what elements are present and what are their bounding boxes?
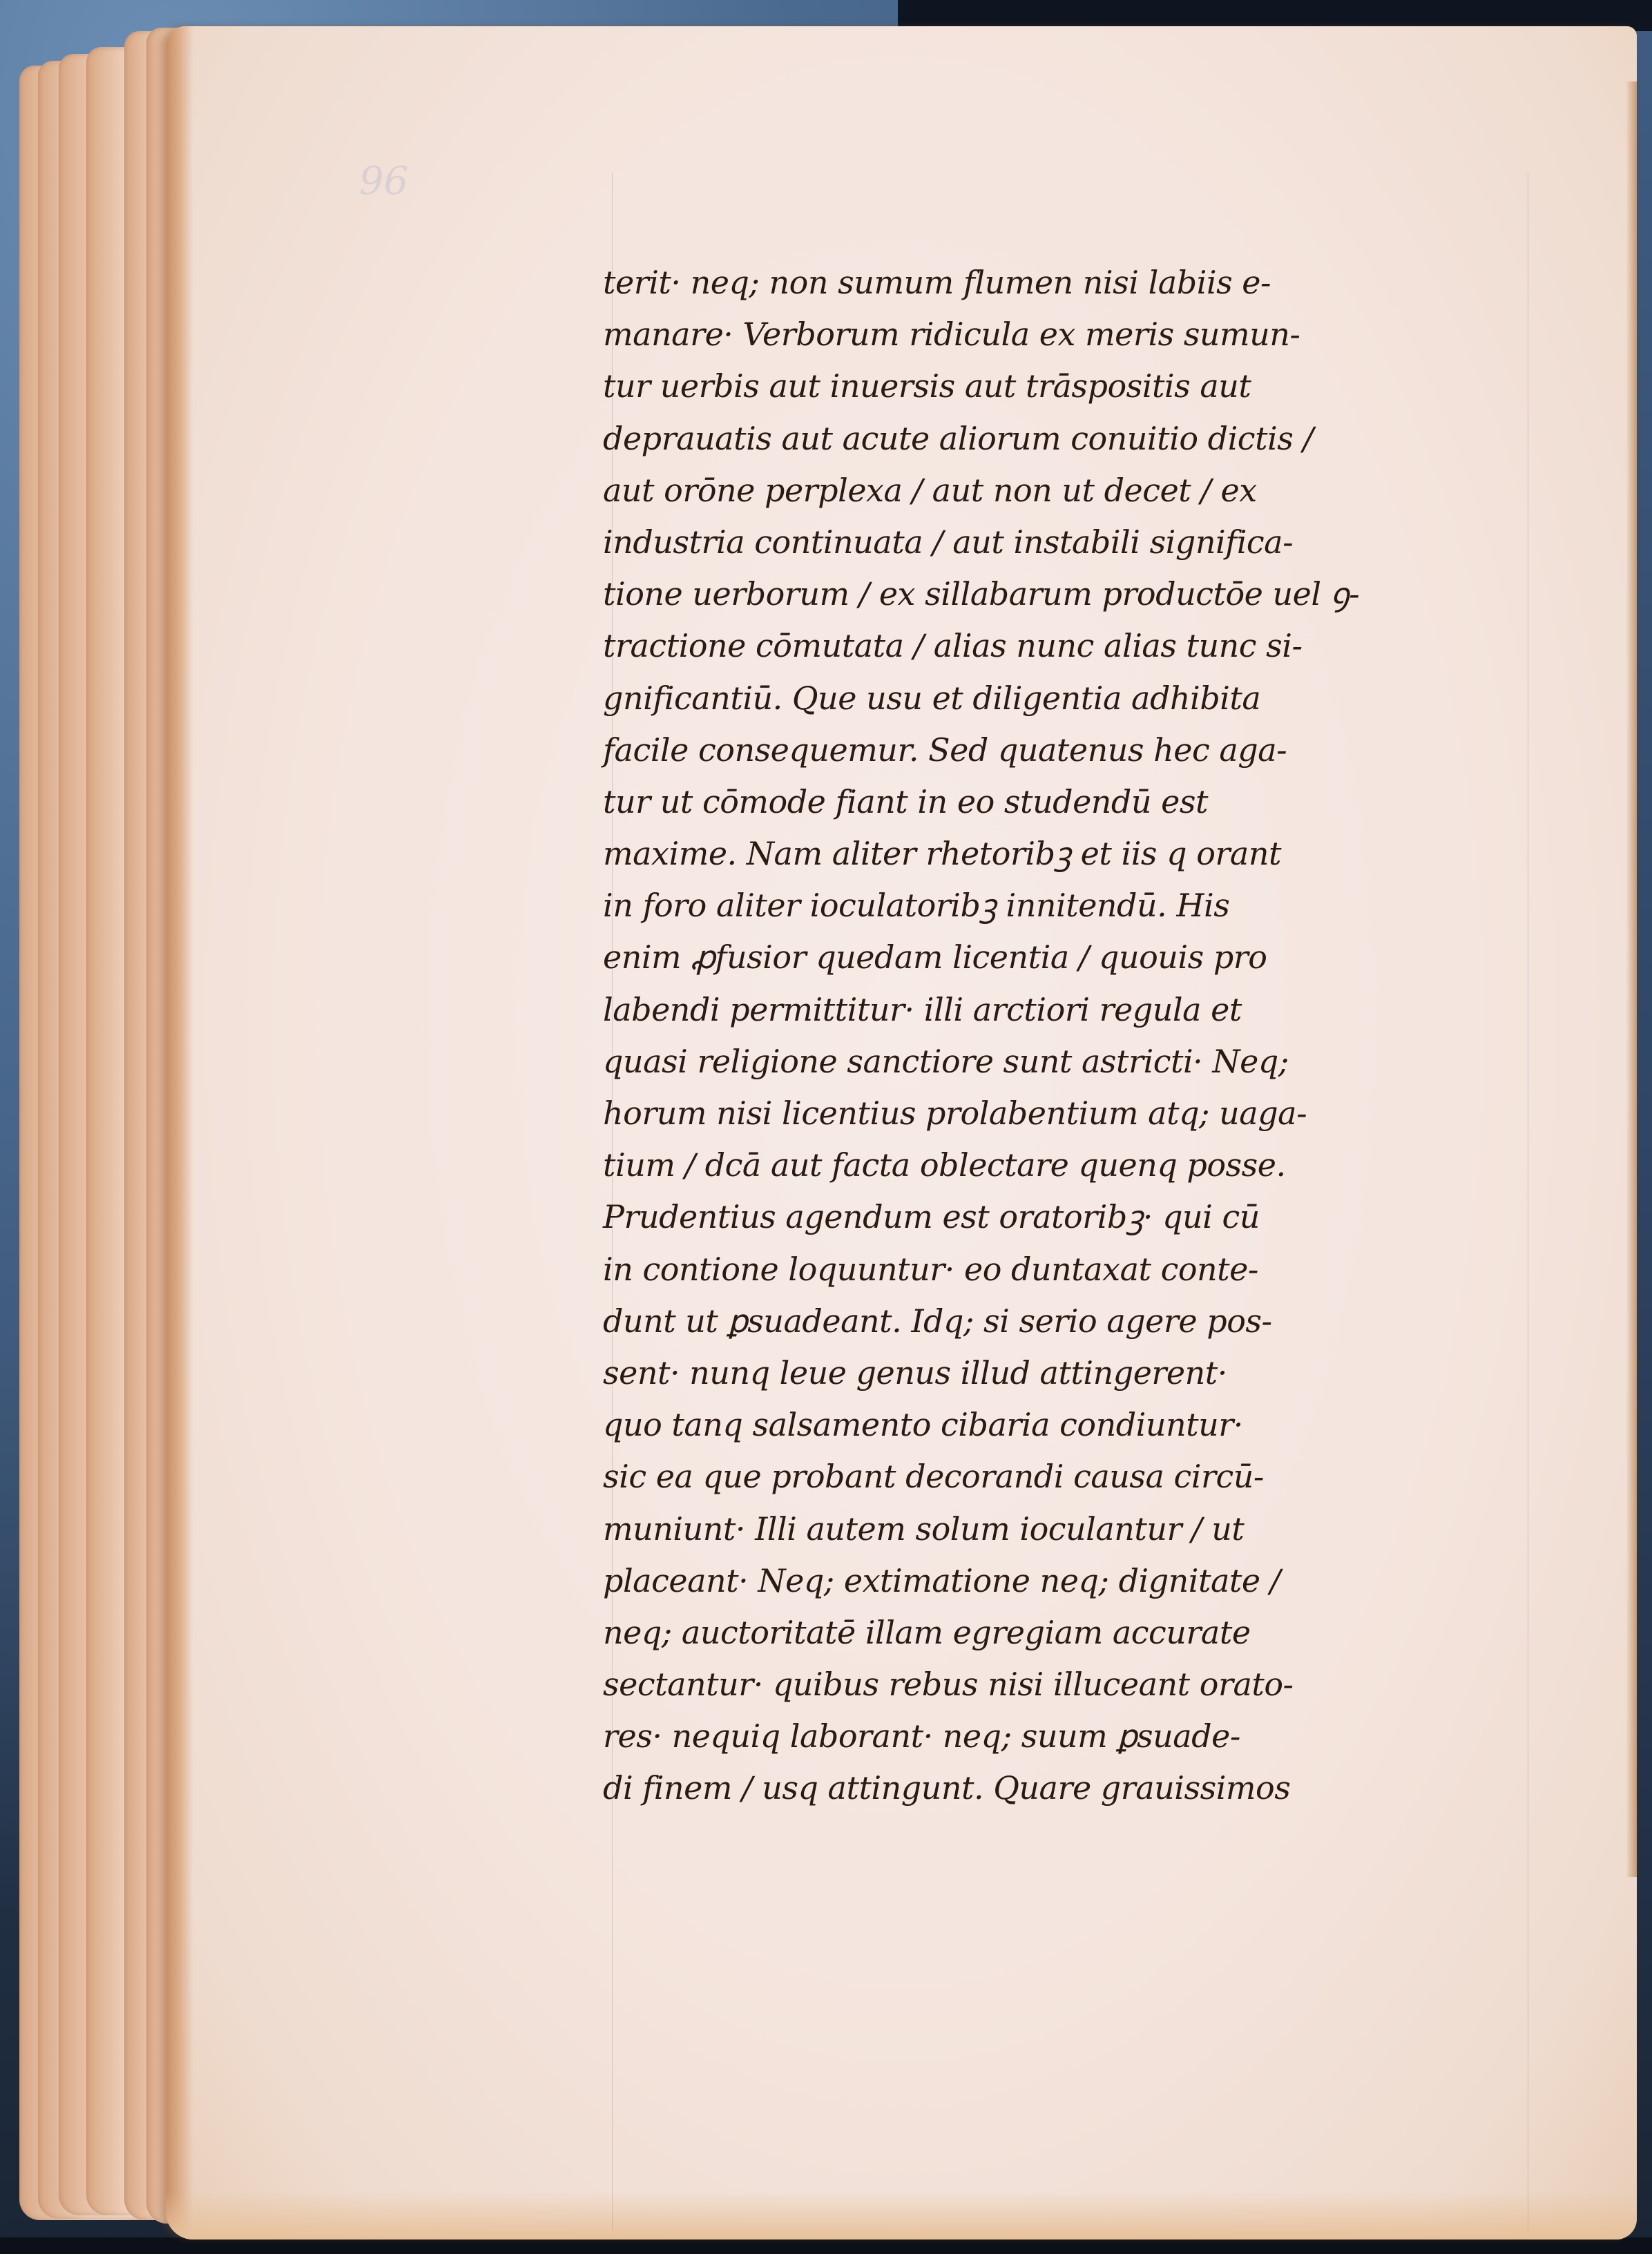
- text-line: muniunt· Illi autem solum ioculantur / u…: [603, 1503, 1521, 1555]
- text-line: tur uerbis aut inuersis aut trāspositis …: [603, 360, 1521, 412]
- text-block: terit· neq; non sumum flumen nisi labiis…: [603, 257, 1521, 1815]
- text-line: in foro aliter ioculatoribꝫ innitendū. H…: [603, 880, 1521, 932]
- text-line: aut orōne perplexa / aut non ut decet / …: [603, 465, 1521, 517]
- text-line: manare· Verborum ridicula ex meris sumun…: [603, 309, 1521, 360]
- text-line: tractione cōmutata / alias nunc alias tu…: [603, 620, 1521, 672]
- text-line: sectantur· quibus rebus nisi illuceant o…: [603, 1659, 1521, 1711]
- folio-number-show-through: 96: [359, 159, 408, 204]
- text-line: terit· neq; non sumum flumen nisi labiis…: [603, 257, 1521, 309]
- text-line: dunt ut ꝑsuadeant. Idq; si serio agere p…: [603, 1295, 1521, 1347]
- dark-backdrop-bottom: [0, 2237, 1652, 2254]
- text-line: tium / dcā aut facta oblectare quenq pos…: [603, 1139, 1521, 1191]
- text-line: labendi permittitur· illi arctiori regul…: [603, 984, 1521, 1036]
- text-line: in contione loquuntur· eo duntaxat conte…: [603, 1244, 1521, 1295]
- text-line: industria continuata / aut instabili sig…: [603, 517, 1521, 568]
- fore-edge-stain: [1626, 81, 1637, 1877]
- gutter-stain: [166, 26, 193, 2239]
- text-line: horum nisi licentius prolabentium atq; u…: [603, 1088, 1521, 1139]
- text-line: sic ea que probant decorandi causa circū…: [603, 1451, 1521, 1503]
- ruling-line-right: [1528, 173, 1528, 2231]
- text-line: gnificantiū. Que usu et diligentia adhib…: [603, 673, 1521, 724]
- text-line: quasi religione sanctiore sunt astricti·…: [603, 1036, 1521, 1088]
- text-line: Prudentius agendum est oratoribꝫ· qui cū: [603, 1191, 1521, 1243]
- text-line: maxime. Nam aliter rhetoribꝫ et iis q or…: [603, 828, 1521, 880]
- text-line: sent· nunq leue genus illud attingerent·: [603, 1347, 1521, 1399]
- text-line: enim ꝓfusior quedam licentia / quouis pr…: [603, 932, 1521, 983]
- text-line: tione uerborum / ex sillabarum productōe…: [603, 568, 1521, 620]
- text-line: placeant· Neq; extimatione neq; dignitat…: [603, 1555, 1521, 1607]
- text-line: deprauatis aut acute aliorum conuitio di…: [603, 413, 1521, 465]
- text-line: res· nequiq laborant· neq; suum ꝑsuade-: [603, 1711, 1521, 1762]
- bottom-edge-stain: [166, 2191, 1637, 2239]
- text-line: di finem / usq attingunt. Quare grauissi…: [603, 1762, 1521, 1814]
- text-line: quo tanq salsamento cibaria condiuntur·: [603, 1399, 1521, 1451]
- text-line: tur ut cōmode fiant in eo studendū est: [603, 776, 1521, 828]
- text-line: neq; auctoritatē illam egregiam accurate: [603, 1607, 1521, 1659]
- text-line: facile consequemur. Sed quatenus hec aga…: [603, 724, 1521, 776]
